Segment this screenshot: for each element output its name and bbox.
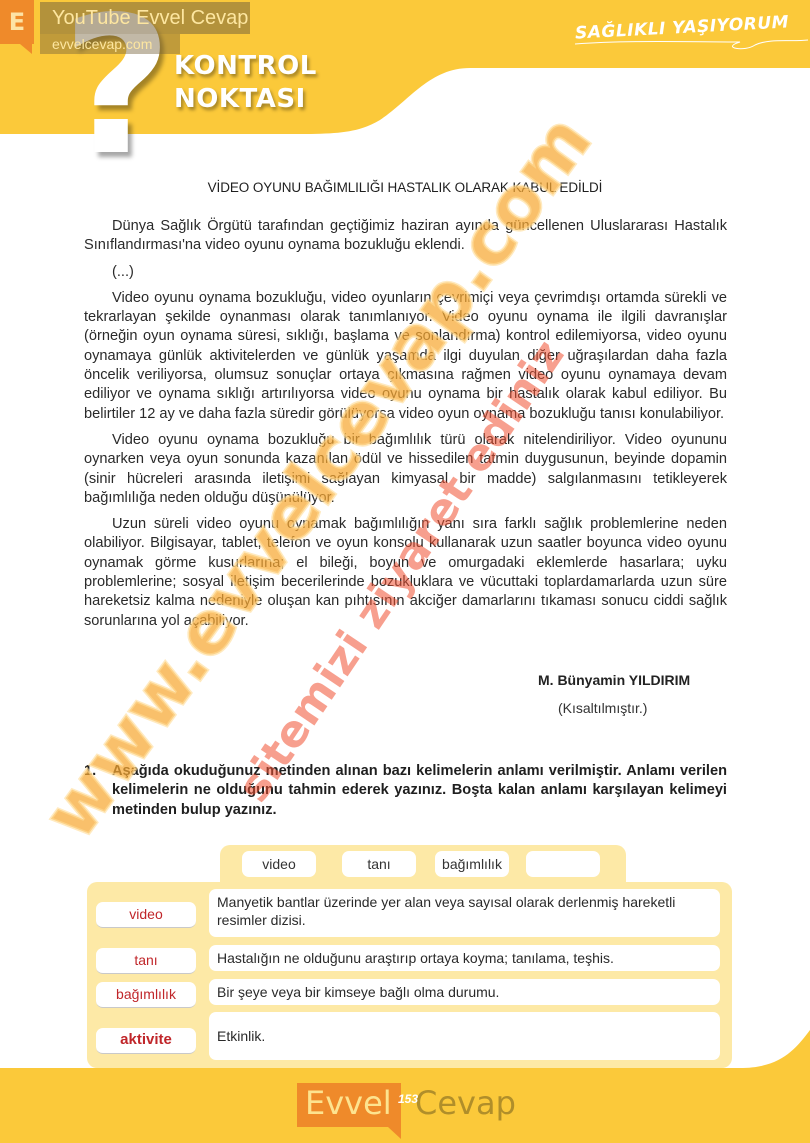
article-title: VİDEO OYUNU BAĞIMLILIĞI HASTALIK OLARAK … — [0, 180, 810, 195]
footer-brand-right: Cevap — [415, 1084, 516, 1122]
definition: Manyetik bantlar üzerinde yer alan veya … — [209, 889, 720, 937]
section-title-line1: KONTROL — [174, 50, 317, 83]
answer-field[interactable]: video — [96, 902, 196, 928]
channel-site: evvelcevap.com — [40, 34, 180, 54]
question-text: Aşağıda okuduğunuz metinden alınan bazı … — [112, 762, 727, 820]
word-chip: tanı — [342, 851, 416, 877]
channel-logo-tail — [20, 44, 32, 54]
paragraph: Video oyunu oynama bozukluğu bir bağımlı… — [84, 431, 727, 508]
answer-field[interactable]: tanı — [96, 948, 196, 974]
paragraph: (...) — [84, 263, 727, 282]
word-bank: video tanı bağımlılık — [220, 845, 626, 885]
page-number: 153 — [398, 1092, 418, 1106]
article-author: M. Bünyamin YILDIRIM — [538, 672, 690, 688]
question-prompt: 1. Aşağıda okuduğunuz metinden alınan ba… — [84, 762, 727, 820]
channel-name: YouTube Evvel Cevap — [40, 2, 250, 34]
channel-logo: E — [0, 0, 34, 44]
paragraph: Uzun süreli video oyunu oynamak bağımlıl… — [84, 515, 727, 631]
article-body: Dünya Sağlık Örgütü tarafından geçtiğimi… — [84, 217, 727, 638]
abridged-note: (Kısaltılmıştır.) — [558, 700, 647, 716]
footer-logo-tail — [388, 1127, 401, 1139]
definition: Bir şeye veya bir kimseye bağlı olma dur… — [209, 979, 720, 1005]
word-chip: bağımlılık — [435, 851, 509, 877]
word-chip: video — [242, 851, 316, 877]
answer-field[interactable]: bağımlılık — [96, 982, 196, 1008]
section-title: KONTROL NOKTASI — [174, 50, 317, 116]
definition: Hastalığın ne olduğunu araştırıp ortaya … — [209, 945, 720, 971]
question-number: 1. — [84, 762, 112, 820]
section-title-line2: NOKTASI — [174, 83, 317, 116]
footer-banner — [0, 1030, 810, 1143]
unit-underline-swirl — [570, 30, 810, 55]
footer-brand-left: Evvel — [305, 1084, 392, 1122]
paragraph: Video oyunu oynama bozukluğu, video oyun… — [84, 289, 727, 424]
word-chip-empty — [526, 851, 600, 877]
paragraph: Dünya Sağlık Örgütü tarafından geçtiğimi… — [84, 217, 727, 256]
